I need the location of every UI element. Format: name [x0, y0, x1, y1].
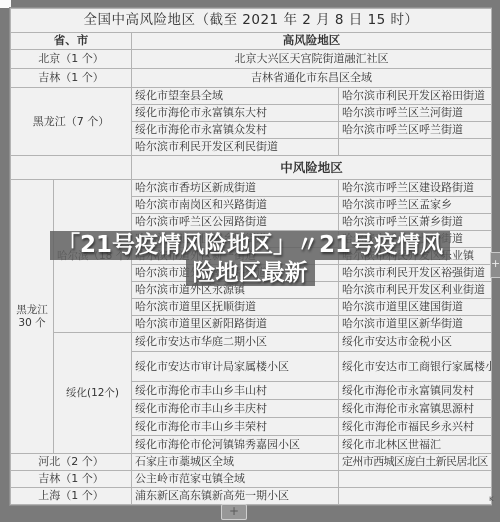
risk-area-cell: 哈尔滨市利民开发区利民街道 [132, 139, 339, 156]
risk-area-cell: 哈尔滨市呼兰区公园路街道 [132, 214, 339, 231]
risk-area-cell: 哈尔滨市呼兰区建设路街道 [339, 180, 492, 197]
corner-white-patch [0, 0, 11, 8]
risk-area-cell: 哈尔滨市呼兰区孟家乡 [339, 197, 492, 214]
risk-area-cell: 吉林省通化市东昌区全域 [132, 69, 492, 88]
risk-area-cell: 绥化市海伦市丰山乡丰荣村 [132, 418, 339, 436]
risk-area-cell: 石家庄市藁城区全域 [132, 454, 339, 471]
province-label-beijing: 北京（1 个） [11, 50, 132, 69]
risk-area-cell: 浦东新区高东镇新高苑一期小区 [132, 488, 339, 505]
risk-area-cell: 哈尔滨市香坊区新成街道 [132, 180, 339, 197]
table-title: 全国中高风险地区（截至 2021 年 2 月 8 日 15 时） [11, 9, 492, 33]
risk-area-cell: 绥化市安达市审计局家属楼小区 [132, 352, 339, 382]
risk-area-cell: 绥化市安达市华庭二期小区 [132, 333, 339, 352]
risk-area-cell: 哈尔滨市道里区新阳路街道 [132, 316, 339, 333]
risk-area-cell-empty [339, 471, 492, 488]
risk-area-cell: 哈尔滨市呼兰区兰河街道 [339, 105, 492, 122]
risk-area-cell: 哈尔滨市道里区建国街道 [339, 299, 492, 316]
risk-area-cell: 绥化市安达市金税小区 [339, 333, 492, 352]
col-header-high-risk: 高风险地区 [132, 33, 492, 50]
risk-area-cell: 绥化市海伦市伦河镇锦秀嘉园小区 [132, 436, 339, 454]
risk-area-cell-empty [339, 139, 492, 156]
risk-area-cell: 定州市西城区庞白土新民居北区 [339, 454, 492, 471]
risk-area-cell: 哈尔滨市呼兰区呼兰街道 [339, 122, 492, 139]
province-label-heilongjiang-high: 黑龙江（7 个） [11, 88, 132, 156]
risk-area-cell: 绥化市海伦市永富镇同发村 [339, 382, 492, 400]
risk-area-cell: 哈尔滨市道里区新华街道 [339, 316, 492, 333]
zoom-plus-button[interactable]: + [221, 504, 247, 520]
risk-area-cell: 绥化市海伦市福民乡永兴村 [339, 418, 492, 436]
risk-area-cell: 哈尔滨市利民开发区裕田街道 [339, 88, 492, 105]
col-header-province: 省、市 [11, 33, 132, 50]
risk-area-cell-empty [339, 488, 492, 505]
caption-line-2: 险地区最新 [186, 260, 315, 286]
risk-area-cell: 绥化市海伦市丰山乡丰庆村 [132, 400, 339, 418]
screenshot-canvas: 全国中高风险地区（截至 2021 年 2 月 8 日 15 时） 省、市 高风险… [0, 0, 500, 522]
risk-area-cell: 哈尔滨市道里区抚顺街道 [132, 299, 339, 316]
province-label-jilin: 吉林（1 个） [11, 69, 132, 88]
province-label-heilongjiang-medium: 黑龙江 30 个 [11, 180, 54, 454]
province-label-hebei: 河北（2 个） [11, 454, 132, 471]
risk-area-cell: 绥化市海伦市永富镇东大村 [132, 105, 339, 122]
caption-overlay: 「21号疫情风险地区」〃21号疫情风 险地区最新 [0, 231, 500, 286]
side-handle-plus-icon[interactable]: + [490, 252, 500, 278]
province-label-jilin-medium: 吉林（1 个） [11, 471, 132, 488]
province-label-shanghai: 上海（1 个） [11, 488, 132, 505]
risk-area-cell: 绥化市海伦市丰山乡丰山村 [132, 382, 339, 400]
risk-area-cell: 哈尔滨市呼兰区萧乡街道 [339, 214, 492, 231]
risk-area-cell: 绥化市海伦市永富镇思源村 [339, 400, 492, 418]
city-label-suihua: 绥化(12个) [54, 333, 132, 454]
caption-line-1: 「21号疫情风险地区」〃21号疫情风 [50, 231, 450, 260]
risk-area-cell: 绥化市海伦市永富镇众发村 [132, 122, 339, 139]
corner-watermark-mark: ĸ [489, 495, 494, 503]
risk-area-cell: 哈尔滨市南岗区和兴路街道 [132, 197, 339, 214]
medium-header-spacer [11, 156, 132, 180]
risk-area-cell: 北京大兴区天宫院街道融汇社区 [132, 50, 492, 69]
risk-area-cell: 绥化市望奎县全域 [132, 88, 339, 105]
section-header-medium-risk: 中风险地区 [132, 156, 492, 180]
risk-area-cell: 绥化市安达市工商银行家属楼小区（含工商银行办公区） [339, 352, 492, 382]
risk-area-cell: 绥化市北林区世福汇 [339, 436, 492, 454]
risk-area-cell: 公主岭市范家屯镇全域 [132, 471, 339, 488]
